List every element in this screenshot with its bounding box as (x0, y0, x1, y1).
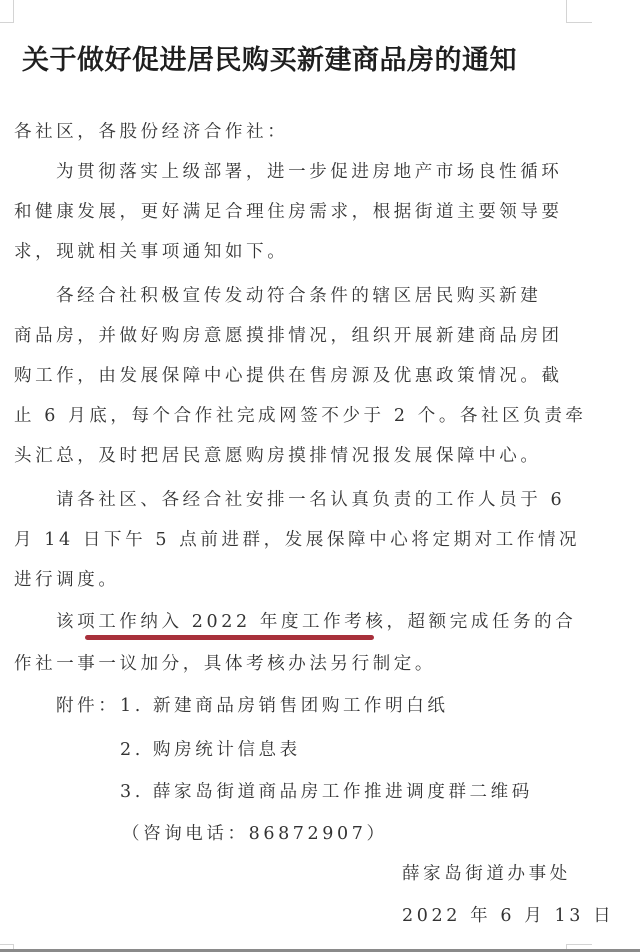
attachment-item-1: 1. 新建商品房销售团购工作明白纸 (120, 692, 448, 717)
document-title: 关于做好促进居民购买新建商品房的通知 (22, 38, 582, 77)
paragraph-2-line-2: 商品房，并做好购房意愿摸排情况，组织开展新建商品房团 (14, 322, 563, 347)
issuer: 薛家岛街道办事处 (402, 860, 571, 885)
paragraph-1-line-3: 求，现就相关事项通知如下。 (14, 238, 288, 263)
paragraph-2-line-1: 各经合社积极宣传发动符合条件的辖区居民购买新建 (56, 282, 541, 307)
attachment-item-2: 2. 购房统计信息表 (120, 736, 301, 761)
paragraph-4-line-2: 作社一事一议加分，具体考核办法另行制定。 (14, 650, 436, 675)
paragraph-1-line-2: 和健康发展，更好满足合理住房需求，根据街道主要领导要 (14, 198, 563, 223)
crop-mark-top-right (566, 0, 592, 23)
highlight-underline (85, 635, 374, 640)
paragraph-3-line-2: 月 14 日下午 5 点前进群，发展保障中心将定期对工作情况 (14, 526, 580, 551)
contact-phone: （咨询电话：86872907） (122, 820, 388, 845)
paragraph-3-line-1: 请各社区、各经合社安排一名认真负责的工作人员于 6 (56, 486, 565, 511)
attachments-label: 附件： (56, 692, 119, 717)
paragraph-4-line-1: 该项工作纳入 2022 年度工作考核，超额完成任务的合 (56, 608, 576, 633)
issue-date: 2022 年 6 月 13 日 (402, 902, 614, 927)
attachment-item-3: 3. 薛家岛街道商品房工作推进调度群二维码 (120, 778, 533, 803)
crop-mark-top-left (0, 0, 14, 23)
paragraph-3-line-3: 进行调度。 (14, 566, 120, 591)
paragraph-1-line-1: 为贯彻落实上级部署，进一步促进房地产市场良性循环 (56, 158, 562, 183)
paragraph-2-line-5: 头汇总，及时把居民意愿购房摸排情况报发展保障中心。 (14, 442, 542, 467)
document-page: 关于做好促进居民购买新建商品房的通知 各社区，各股份经济合作社： 为贯彻落实上级… (0, 0, 640, 952)
salutation: 各社区，各股份经济合作社： (14, 118, 288, 143)
paragraph-2-line-3: 购工作，由发展保障中心提供在售房源及优惠政策情况。截 (14, 362, 563, 387)
paragraph-2-line-4: 止 6 月底，每个合作社完成网签不少于 2 个。各社区负责牵 (14, 402, 587, 427)
